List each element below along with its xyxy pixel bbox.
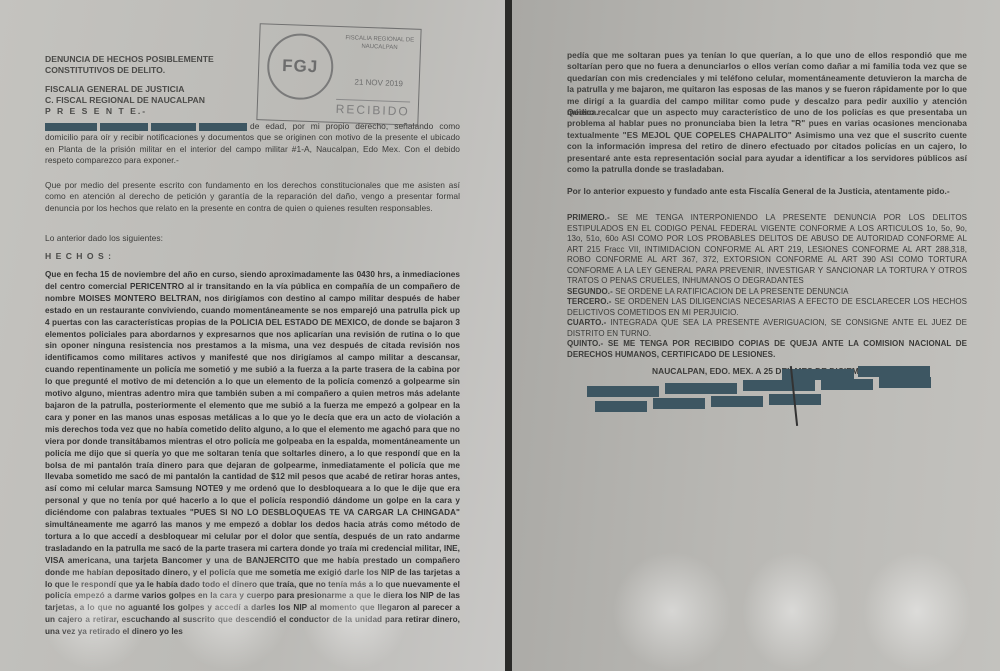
seal-text: FGJ (282, 56, 319, 77)
addressee-line: FISCALIA GENERAL DE JUSTICIA (45, 84, 205, 95)
petition-item: SEGUNDO.- SE ORDENE LA RATIFICACION DE L… (567, 287, 967, 298)
document-header: DENUNCIA DE HECHOS POSIBLEMENTE CONSTITU… (45, 54, 214, 76)
stamp-date: 21 NOV 2019 (349, 77, 409, 88)
header-line: DENUNCIA DE HECHOS POSIBLEMENTE (45, 54, 214, 65)
received-stamp: FGJ FISCALIA REGIONAL DE NAUCALPAN 21 NO… (256, 23, 421, 126)
redaction-bar (199, 123, 247, 131)
redaction-bar (821, 379, 873, 390)
redaction-bar (743, 380, 815, 391)
fgj-seal-icon: FGJ (266, 33, 334, 101)
redaction-bar (665, 383, 737, 394)
redaction-bar (587, 386, 659, 397)
petition-label: CUARTO.- (567, 318, 606, 327)
stamp-office: NAUCALPAN (342, 43, 417, 52)
petition-item: PRIMERO.- SE ME TENGA INTERPONIENDO LA P… (567, 213, 967, 287)
addressee-line: C. FISCAL REGIONAL DE NAUCALPAN (45, 95, 205, 106)
petition-item: QUINTO.- SE ME TENGA POR RECIBIDO COPIAS… (567, 339, 967, 360)
stamp-office: FISCALIA REGIONAL DE (342, 35, 417, 44)
petition-text: SE ORDENE LA RATIFICACION DE LA PRESENTE… (615, 287, 848, 296)
petition-item: TERCERO.- SE ORDENEN LAS DILIGENCIAS NEC… (567, 297, 967, 318)
petition-item: CUARTO.- INTEGRADA QUE SEA LA PRESENTE A… (567, 318, 967, 339)
petition-text: INTEGRADA QUE SEA LA PRESENTE AVERIGUACI… (567, 318, 967, 338)
light-glare (742, 551, 842, 671)
basis-paragraph: Que por medio del presente escrito con f… (45, 180, 460, 214)
petition-label: PRIMERO.- (567, 213, 610, 222)
light-glare (40, 551, 150, 671)
light-glare (300, 551, 410, 671)
redaction-bar (879, 377, 931, 388)
petition-label: SEGUNDO.- (567, 287, 613, 296)
redaction-bar (858, 366, 930, 377)
intro-paragraph: de edad, por mi propio derecho, señaland… (45, 121, 460, 167)
redaction-bar (711, 396, 763, 407)
redaction-bar (151, 123, 196, 131)
lead-in-paragraph: Lo anterior dado los siguientes: (45, 233, 460, 244)
redaction-bar (45, 123, 97, 131)
left-document-page: DENUNCIA DE HECHOS POSIBLEMENTE CONSTITU… (0, 0, 505, 671)
right-document-page: pedía que me soltaran pues ya tenían lo … (512, 0, 1000, 671)
redaction-bar (653, 398, 705, 409)
petition-text: SE ME TENGA POR RECIBIDO COPIAS DE QUEJA… (567, 339, 967, 359)
section-title: H E C H O S : (45, 251, 112, 262)
identification-paragraph: Quiero recalcar que un aspecto muy carac… (567, 107, 967, 175)
light-glare (170, 551, 290, 671)
petition-label: QUINTO.- (567, 339, 603, 348)
closing-request: Por lo anterior expuesto y fundado ante … (567, 186, 967, 197)
addressee-line: P R E S E N T E.- (45, 106, 205, 117)
petition-text: SE ORDENEN LAS DILIGENCIAS NECESARIAS A … (567, 297, 967, 317)
light-glare (862, 551, 972, 671)
stamp-status: RECIBIDO (336, 99, 411, 119)
petition-label: TERCERO.- (567, 297, 611, 306)
light-glare (612, 551, 732, 671)
addressee-block: FISCALIA GENERAL DE JUSTICIA C. FISCAL R… (45, 84, 205, 117)
petitions-list: PRIMERO.- SE ME TENGA INTERPONIENDO LA P… (567, 213, 967, 360)
petition-text: SE ME TENGA INTERPONIENDO LA PRESENTE DE… (567, 213, 967, 285)
redaction-bar (595, 401, 647, 412)
header-line: CONSTITUTIVOS DE DELITO. (45, 65, 214, 76)
redaction-bar (100, 123, 148, 131)
